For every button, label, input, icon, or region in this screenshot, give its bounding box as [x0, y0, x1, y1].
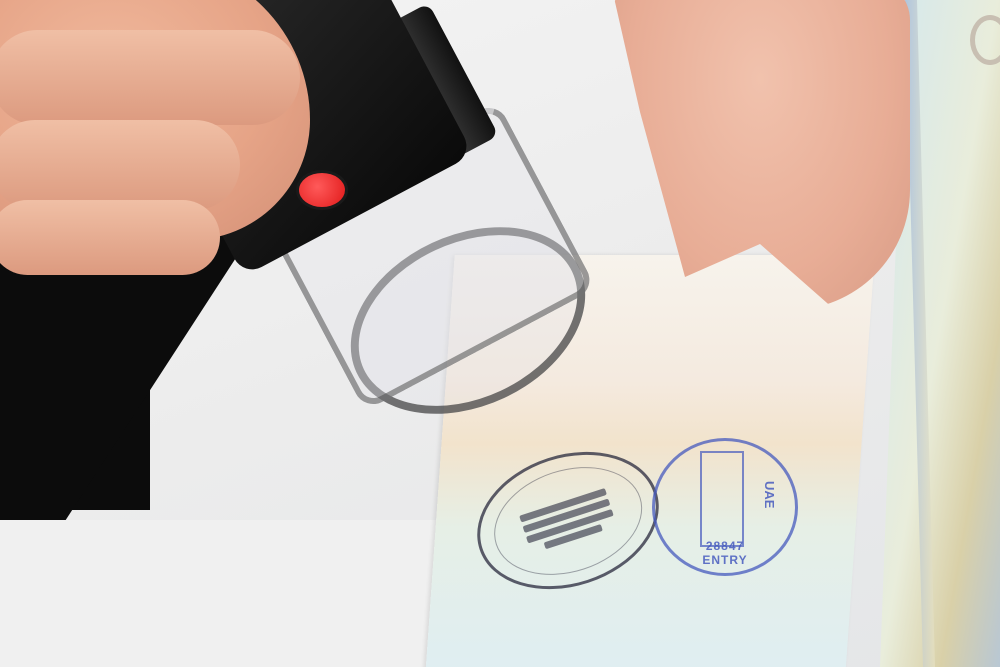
- finger: [0, 30, 300, 125]
- photo-scene: UAE 28847 ENTRY: [0, 0, 1000, 667]
- uae-entry-stamp: UAE 28847 ENTRY: [652, 438, 798, 576]
- stamp-date-box: [700, 451, 744, 547]
- finger: [0, 200, 220, 275]
- white-desk: [0, 520, 440, 667]
- stamp-country: UAE: [762, 481, 777, 508]
- stamp-type: ENTRY: [702, 553, 747, 567]
- red-button-icon: [296, 170, 348, 210]
- stamp-number: 28847: [706, 539, 744, 553]
- finger: [0, 120, 240, 210]
